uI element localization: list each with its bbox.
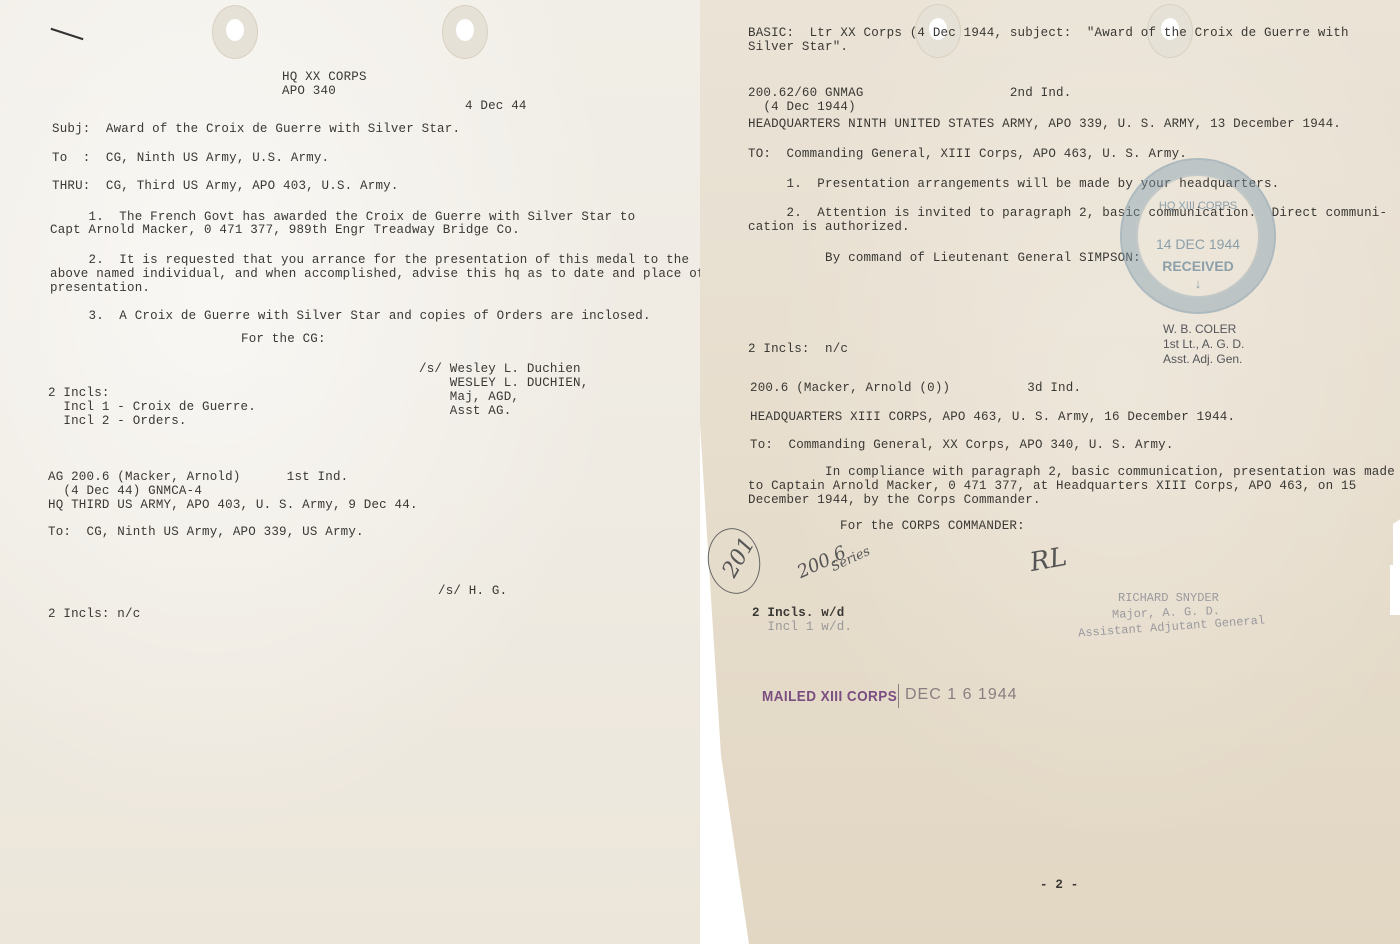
paragraph-2-line2: above named individual, and when accompl… <box>50 267 705 282</box>
first-ind-inclosures: 2 Incls: n/c <box>48 607 140 622</box>
third-ind-para-line3: December 1944, by the Corps Commander. <box>748 493 1041 508</box>
page-number: - 2 - <box>1040 878 1079 893</box>
second-ind-inclosures: 2 Incls: n/c <box>748 342 848 357</box>
first-ind-signature: /s/ H. G. <box>438 584 507 599</box>
signature-line4: Asst AG. <box>419 404 511 419</box>
for-the-cg: For the CG: <box>241 332 326 347</box>
letter-date: 4 Dec 44 <box>465 99 527 114</box>
received-stamp: HQ XIII CORPS 14 DEC 1944 RECEIVED ↓ <box>1120 158 1276 314</box>
second-ind-para2-line1: 2. Attention is invited to paragraph 2, … <box>748 206 1387 221</box>
coler-name: W. B. COLER <box>1163 322 1236 336</box>
paragraph-1-line2: Capt Arnold Macker, 0 471 377, 989th Eng… <box>50 223 520 238</box>
punch-hole-icon <box>212 5 258 59</box>
coler-rank: 1st Lt., A. G. D. <box>1163 337 1244 351</box>
third-ind-inclosures-line1: 2 Incls. w/d <box>752 606 844 621</box>
third-ind-para-line1: In compliance with paragraph 2, basic co… <box>748 465 1395 480</box>
document-page-left: HQ XX CORPS APO 340 4 Dec 44 Subj: Award… <box>0 0 700 944</box>
basic-line1: BASIC: Ltr XX Corps (4 Dec 1944, subject… <box>748 26 1349 41</box>
third-ind-ref-line: 200.6 (Macker, Arnold (0)) 3d Ind. <box>750 381 1081 396</box>
third-ind-hq-line: HEADQUARTERS XIII CORPS, APO 463, U. S. … <box>750 410 1235 425</box>
basic-line2: Silver Star". <box>748 40 848 55</box>
first-ind-to-line: To: CG, Ninth US Army, APO 339, US Army. <box>48 525 364 540</box>
inclosure-2: Incl 2 - Orders. <box>48 414 187 429</box>
for-corps-commander: For the CORPS COMMANDER: <box>840 519 1025 534</box>
inclosure-1: Incl 1 - Croix de Guerre. <box>48 400 256 415</box>
second-ind-ref-line1: 200.62/60 GNMAG 2nd Ind. <box>748 86 1071 101</box>
second-ind-to-line: TO: Commanding General, XIII Corps, APO … <box>748 147 1187 162</box>
received-stamp-date: 14 DEC 1944 <box>1122 236 1274 252</box>
coler-title: Asst. Adj. Gen. <box>1163 352 1242 366</box>
paragraph-3: 3. A Croix de Guerre with Silver Star an… <box>50 309 651 324</box>
second-ind-hq-line: HEADQUARTERS NINTH UNITED STATES ARMY, A… <box>748 117 1341 132</box>
pencil-mark <box>51 28 84 40</box>
by-command-line: By command of Lieutenant General SIMPSON… <box>748 251 1141 266</box>
punch-hole-icon <box>442 5 488 59</box>
second-ind-ref-line2: (4 Dec 1944) <box>748 100 856 115</box>
third-ind-to-line: To: Commanding General, XX Corps, APO 34… <box>750 438 1174 453</box>
handwritten-initials: RL <box>1028 542 1069 578</box>
signature-line2: WESLEY L. DUCHIEN, <box>419 376 588 391</box>
received-stamp-label: RECEIVED <box>1122 258 1274 274</box>
snyder-name: RICHARD SNYDER <box>1118 591 1219 605</box>
thru-line: THRU: CG, Third US Army, APO 403, U.S. A… <box>52 179 399 194</box>
first-ind-ref-line1: AG 200.6 (Macker, Arnold) 1st Ind. <box>48 470 348 485</box>
subject-line: Subj: Award of the Croix de Guerre with … <box>52 122 460 137</box>
paragraph-2-line3: presentation. <box>50 281 150 296</box>
first-ind-ref-line2: (4 Dec 44) GNMCA-4 <box>48 484 202 499</box>
mailed-stamp-divider <box>898 684 899 708</box>
signature-line1: /s/ Wesley L. Duchien <box>419 362 581 377</box>
mailed-stamp-date: DEC 1 6 1944 <box>905 686 1018 704</box>
arrow-down-icon: ↓ <box>1122 276 1274 291</box>
second-ind-para2-line2: cation is authorized. <box>748 220 910 235</box>
third-ind-para-line2: to Captain Arnold Macker, 0 471 377, at … <box>748 479 1356 494</box>
letterhead-line1: HQ XX CORPS <box>282 70 367 85</box>
first-ind-hq-line: HQ THIRD US ARMY, APO 403, U. S. Army, 9… <box>48 498 418 513</box>
inclosures-title: 2 Incls: <box>48 386 110 401</box>
paragraph-2-line1: 2. It is requested that you arrance for … <box>50 253 689 268</box>
to-line: To : CG, Ninth US Army, U.S. Army. <box>52 151 329 166</box>
letterhead-line2: APO 340 <box>282 84 336 99</box>
page-tear <box>1390 565 1400 615</box>
signature-line3: Maj, AGD, <box>419 390 519 405</box>
third-ind-inclosures-line2: Incl 1 w/d. <box>752 620 852 635</box>
received-stamp-top: HQ XIII CORPS <box>1122 200 1274 212</box>
mailed-stamp-label: MAILED XIII CORPS <box>762 688 897 705</box>
